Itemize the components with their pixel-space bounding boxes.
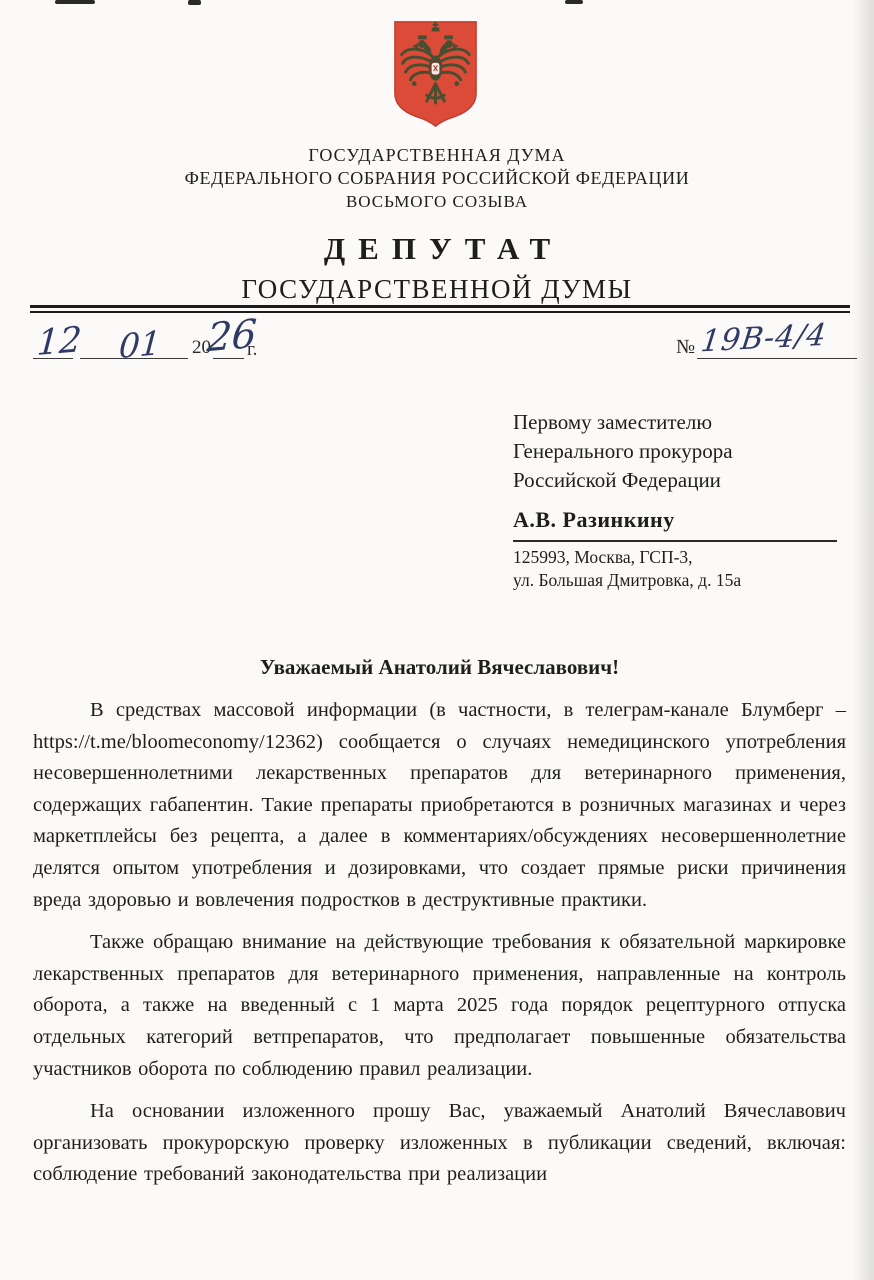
address-line1: 125993, Москва, ГСП-3, (513, 546, 853, 569)
scan-artifact (55, 0, 95, 4)
salutation: Уважаемый Анатолий Вячеславович! (33, 655, 846, 680)
paragraph-3: На основании изложенного прошу Вас, уваж… (33, 1096, 846, 1191)
letter-body: Уважаемый Анатолий Вячеславович! В средс… (33, 655, 846, 1202)
letterhead-title: ДЕПУТАТ (0, 229, 874, 269)
printed-year-suffix: г. (247, 339, 257, 361)
org-name-line2: ФЕДЕРАЛЬНОГО СОБРАНИЯ РОССИЙСКОЙ ФЕДЕРАЦ… (0, 167, 874, 190)
month-underline (80, 358, 188, 359)
addressee-divider (513, 540, 837, 542)
year-underline (213, 358, 244, 359)
addressee-name: А.В. Разинкину (513, 507, 853, 533)
org-name-line1: ГОСУДАРСТВЕННАЯ ДУМА (0, 144, 874, 167)
addressee-title-line2: Генерального прокурора (513, 437, 853, 466)
divider-line-top (30, 305, 850, 308)
letterhead: ГОСУДАРСТВЕННАЯ ДУМА ФЕДЕРАЛЬНОГО СОБРАН… (0, 144, 874, 307)
number-label: № (676, 336, 695, 359)
divider-line-bottom (30, 311, 850, 313)
scan-artifact (565, 0, 583, 4)
address-line2: ул. Большая Дмитровка, д. 15а (513, 569, 853, 592)
scan-artifact (188, 0, 201, 5)
addressee-title-line3: Российской Федерации (513, 466, 853, 495)
handwritten-registration-number: 19В-4/4 (699, 318, 829, 360)
org-name-line3: ВОСЬМОГО СОЗЫВА (0, 191, 874, 213)
number-underline (697, 358, 857, 359)
handwritten-month: 01 (118, 323, 163, 366)
letterhead-subtitle: ГОСУДАРСТВЕННОЙ ДУМЫ (0, 272, 874, 307)
russian-coat-of-arms-icon (392, 18, 479, 130)
addressee-title-line1: Первому заместителю (513, 408, 853, 437)
paragraph-2: Также обращаю внимание на действующие тр… (33, 927, 846, 1085)
addressee-address: 125993, Москва, ГСП-3, ул. Большая Дмитр… (513, 546, 853, 591)
paragraph-1: В средствах массовой информации (в частн… (33, 695, 846, 916)
letter-page: ГОСУДАРСТВЕННАЯ ДУМА ФЕДЕРАЛЬНОГО СОБРАН… (0, 0, 874, 1280)
addressee-block: Первому заместителю Генерального прокуро… (513, 408, 853, 591)
day-underline (33, 358, 73, 359)
